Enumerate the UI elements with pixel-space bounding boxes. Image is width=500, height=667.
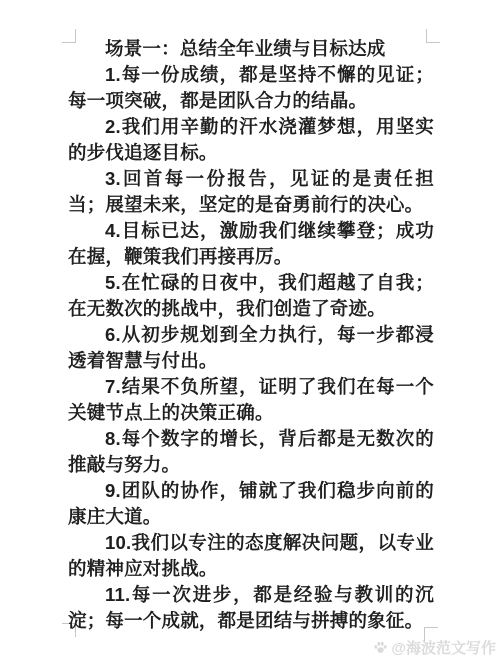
paragraph-list: 1.每一份成绩，都是坚持不懈的见证；每一项突破，都是团队合力的结晶。2.我们用辛…	[68, 62, 434, 634]
paragraph: 6.从初步规划到全力执行，每一步都浸透着智慧与付出。	[68, 322, 434, 374]
paw-icon	[373, 640, 388, 655]
watermark-text: @海波范文写作	[391, 637, 496, 658]
document-body: 场景一：总结全年业绩与目标达成 1.每一份成绩，都是坚持不懈的见证；每一项突破，…	[68, 36, 434, 634]
paragraph: 2.我们用辛勤的汗水浇灌梦想，用坚实的步伐追逐目标。	[68, 114, 434, 166]
document-page: 场景一：总结全年业绩与目标达成 1.每一份成绩，都是坚持不懈的见证；每一项突破，…	[0, 0, 500, 667]
paragraph: 4.目标已达，激励我们继续攀登；成功在握，鞭策我们再接再厉。	[68, 218, 434, 270]
paragraph: 1.每一份成绩，都是坚持不懈的见证；每一项突破，都是团队合力的结晶。	[68, 62, 434, 114]
paragraph: 5.在忙碌的日夜中，我们超越了自我；在无数次的挑战中，我们创造了奇迹。	[68, 270, 434, 322]
document-title: 场景一：总结全年业绩与目标达成	[68, 36, 434, 62]
paragraph: 9.团队的协作，铺就了我们稳步向前的康庄大道。	[68, 478, 434, 530]
watermark: @海波范文写作	[373, 637, 496, 658]
paragraph: 8.每个数字的增长，背后都是无数次的推敲与努力。	[68, 426, 434, 478]
paragraph: 7.结果不负所望，证明了我们在每一个关键节点上的决策正确。	[68, 374, 434, 426]
paragraph: 10.我们以专注的态度解决问题，以专业的精神应对挑战。	[68, 530, 434, 582]
paragraph: 3.回首每一份报告，见证的是责任担当；展望未来，坚定的是奋勇前行的决心。	[68, 166, 434, 218]
paragraph: 11.每一次进步，都是经验与教训的沉淀；每一个成就，都是团结与拼搏的象征。	[68, 582, 434, 634]
